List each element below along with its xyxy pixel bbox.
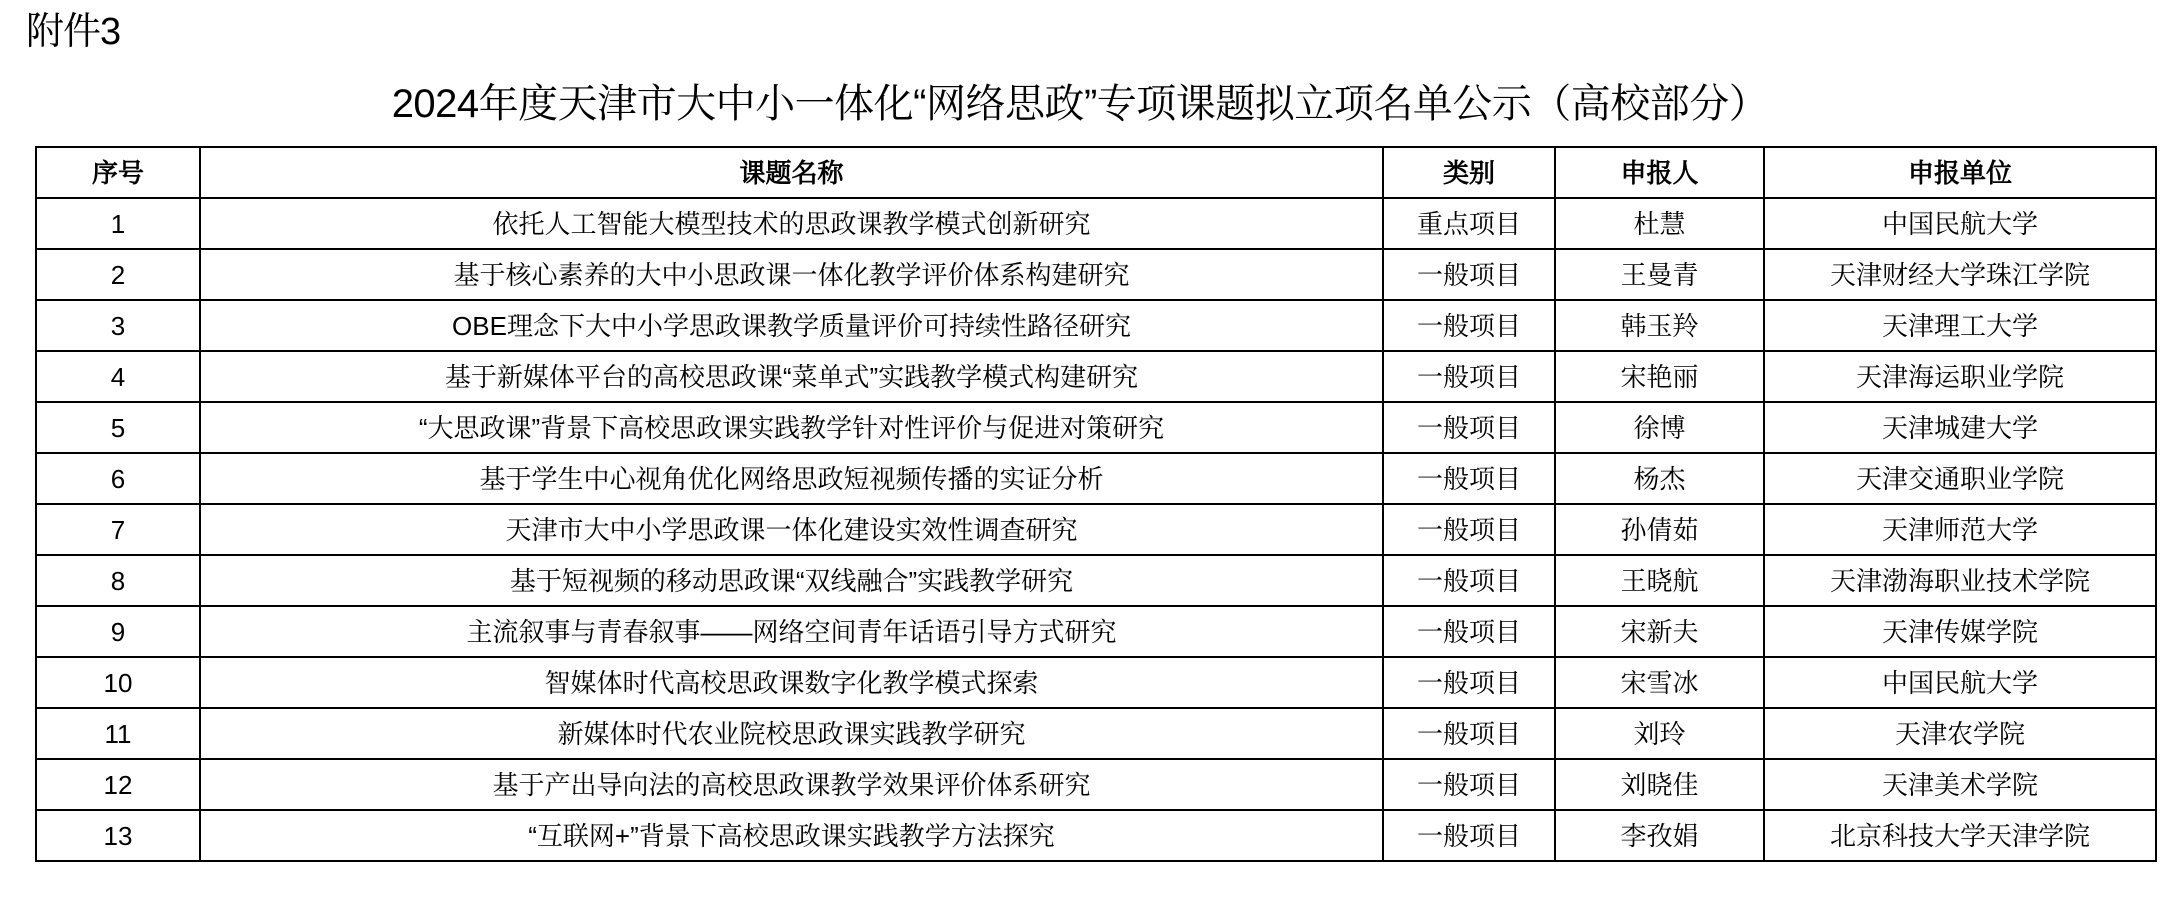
table-row: 5 “大思政课”背景下高校思政课实践教学针对性评价与促进对策研究 一般项目 徐博… [36,402,2156,453]
header-title: 课题名称 [200,147,1383,198]
cell-type: 一般项目 [1383,708,1555,759]
cell-person: 王曼青 [1555,249,1764,300]
cell-title: 基于核心素养的大中小思政课一体化教学评价体系构建研究 [200,249,1383,300]
cell-unit: 天津交通职业学院 [1764,453,2156,504]
cell-no: 12 [36,759,200,810]
cell-no: 7 [36,504,200,555]
cell-unit: 中国民航大学 [1764,657,2156,708]
cell-unit: 天津财经大学珠江学院 [1764,249,2156,300]
cell-title: 基于新媒体平台的高校思政课“菜单式”实践教学模式构建研究 [200,351,1383,402]
cell-person: 刘晓佳 [1555,759,1764,810]
table-header-row: 序号 课题名称 类别 申报人 申报单位 [36,147,2156,198]
cell-type: 一般项目 [1383,453,1555,504]
cell-no: 2 [36,249,200,300]
cell-person: 韩玉羚 [1555,300,1764,351]
table-row: 10 智媒体时代高校思政课数字化教学模式探索 一般项目 宋雪冰 中国民航大学 [36,657,2156,708]
table-body: 1 依托人工智能大模型技术的思政课教学模式创新研究 重点项目 杜慧 中国民航大学… [36,198,2156,861]
cell-title: 天津市大中小学思政课一体化建设实效性调查研究 [200,504,1383,555]
cell-no: 4 [36,351,200,402]
project-list-table: 序号 课题名称 类别 申报人 申报单位 1 依托人工智能大模型技术的思政课教学模… [35,146,2157,862]
cell-type: 一般项目 [1383,759,1555,810]
table-row: 7 天津市大中小学思政课一体化建设实效性调查研究 一般项目 孙倩茹 天津师范大学 [36,504,2156,555]
cell-no: 9 [36,606,200,657]
cell-no: 13 [36,810,200,861]
cell-person: 王晓航 [1555,555,1764,606]
cell-person: 孙倩茹 [1555,504,1764,555]
cell-unit: 北京科技大学天津学院 [1764,810,2156,861]
header-type: 类别 [1383,147,1555,198]
cell-type: 一般项目 [1383,504,1555,555]
cell-title: “互联网+”背景下高校思政课实践教学方法探究 [200,810,1383,861]
cell-person: 宋艳丽 [1555,351,1764,402]
cell-type: 一般项目 [1383,810,1555,861]
cell-person: 杜慧 [1555,198,1764,249]
cell-title: 依托人工智能大模型技术的思政课教学模式创新研究 [200,198,1383,249]
cell-title: “大思政课”背景下高校思政课实践教学针对性评价与促进对策研究 [200,402,1383,453]
cell-type: 一般项目 [1383,300,1555,351]
header-no: 序号 [36,147,200,198]
document-title: 2024年度天津市大中小一体化“网络思政”专项课题拟立项名单公示（高校部分） [0,78,2160,130]
cell-no: 1 [36,198,200,249]
cell-unit: 天津理工大学 [1764,300,2156,351]
cell-type: 一般项目 [1383,606,1555,657]
cell-title: 基于产出导向法的高校思政课教学效果评价体系研究 [200,759,1383,810]
cell-unit: 天津师范大学 [1764,504,2156,555]
cell-type: 一般项目 [1383,249,1555,300]
table-row: 12 基于产出导向法的高校思政课教学效果评价体系研究 一般项目 刘晓佳 天津美术… [36,759,2156,810]
cell-person: 宋雪冰 [1555,657,1764,708]
table-row: 1 依托人工智能大模型技术的思政课教学模式创新研究 重点项目 杜慧 中国民航大学 [36,198,2156,249]
cell-unit: 天津美术学院 [1764,759,2156,810]
cell-no: 3 [36,300,200,351]
cell-person: 徐博 [1555,402,1764,453]
table-row: 11 新媒体时代农业院校思政课实践教学研究 一般项目 刘玲 天津农学院 [36,708,2156,759]
attachment-label: 附件3 [26,8,120,56]
cell-no: 11 [36,708,200,759]
cell-title: 主流叙事与青春叙事——网络空间青年话语引导方式研究 [200,606,1383,657]
cell-person: 刘玲 [1555,708,1764,759]
table-row: 6 基于学生中心视角优化网络思政短视频传播的实证分析 一般项目 杨杰 天津交通职… [36,453,2156,504]
cell-person: 李孜娟 [1555,810,1764,861]
cell-no: 8 [36,555,200,606]
cell-title: 智媒体时代高校思政课数字化教学模式探索 [200,657,1383,708]
cell-type: 一般项目 [1383,555,1555,606]
table-row: 2 基于核心素养的大中小思政课一体化教学评价体系构建研究 一般项目 王曼青 天津… [36,249,2156,300]
cell-title: 基于学生中心视角优化网络思政短视频传播的实证分析 [200,453,1383,504]
table-row: 3 OBE理念下大中小学思政课教学质量评价可持续性路径研究 一般项目 韩玉羚 天… [36,300,2156,351]
cell-unit: 天津渤海职业技术学院 [1764,555,2156,606]
cell-unit: 天津海运职业学院 [1764,351,2156,402]
cell-type: 一般项目 [1383,351,1555,402]
table-row: 9 主流叙事与青春叙事——网络空间青年话语引导方式研究 一般项目 宋新夫 天津传… [36,606,2156,657]
cell-title: OBE理念下大中小学思政课教学质量评价可持续性路径研究 [200,300,1383,351]
cell-title: 新媒体时代农业院校思政课实践教学研究 [200,708,1383,759]
table-row: 13 “互联网+”背景下高校思政课实践教学方法探究 一般项目 李孜娟 北京科技大… [36,810,2156,861]
cell-type: 一般项目 [1383,657,1555,708]
cell-person: 宋新夫 [1555,606,1764,657]
header-person: 申报人 [1555,147,1764,198]
cell-unit: 天津农学院 [1764,708,2156,759]
table-row: 8 基于短视频的移动思政课“双线融合”实践教学研究 一般项目 王晓航 天津渤海职… [36,555,2156,606]
header-unit: 申报单位 [1764,147,2156,198]
cell-no: 6 [36,453,200,504]
cell-type: 重点项目 [1383,198,1555,249]
cell-title: 基于短视频的移动思政课“双线融合”实践教学研究 [200,555,1383,606]
cell-unit: 中国民航大学 [1764,198,2156,249]
table-row: 4 基于新媒体平台的高校思政课“菜单式”实践教学模式构建研究 一般项目 宋艳丽 … [36,351,2156,402]
cell-unit: 天津城建大学 [1764,402,2156,453]
cell-type: 一般项目 [1383,402,1555,453]
cell-no: 10 [36,657,200,708]
cell-no: 5 [36,402,200,453]
cell-unit: 天津传媒学院 [1764,606,2156,657]
cell-person: 杨杰 [1555,453,1764,504]
